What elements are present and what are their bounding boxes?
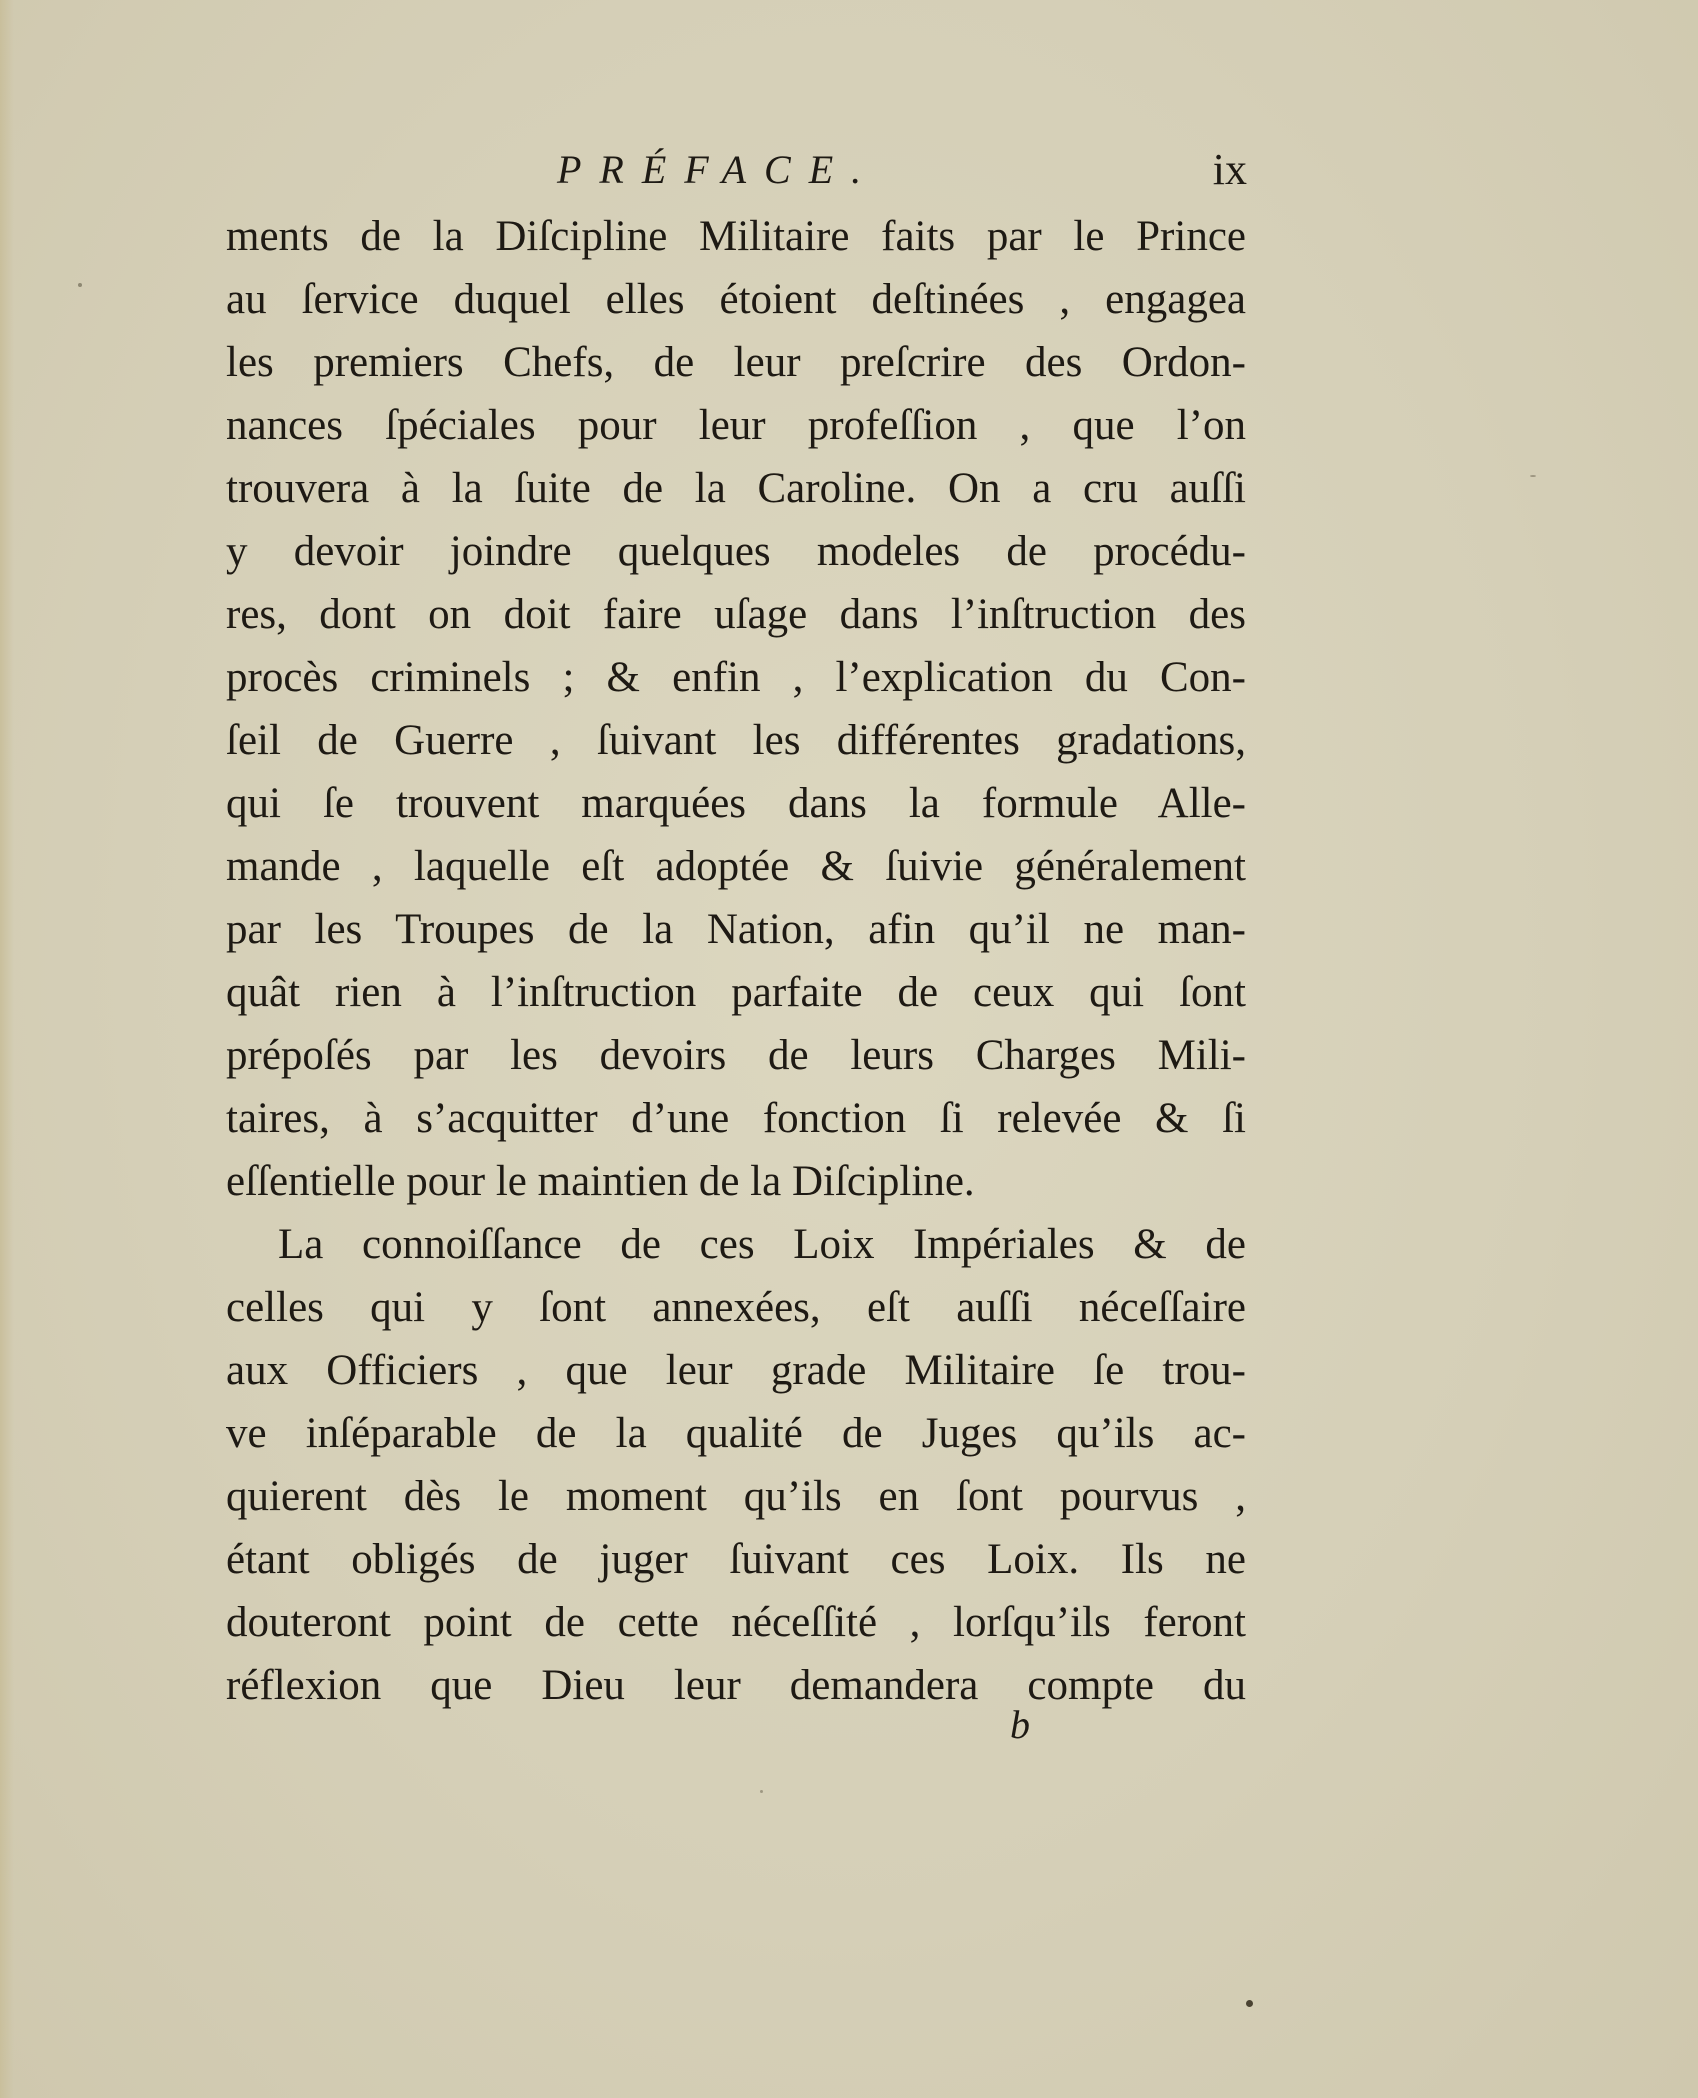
text-line: trouvera à la ſuite de la Caroline. On a…	[226, 457, 1246, 520]
text-line: quierent dès le moment qu’ils en ſont po…	[226, 1465, 1246, 1528]
text-line: ments de la Diſcipline Militaire faits p…	[226, 205, 1246, 268]
text-line: prépoſés par les devoirs de leurs Charge…	[226, 1024, 1246, 1087]
text-line: étant obligés de juger ſuivant ces Loix.…	[226, 1528, 1246, 1591]
text-line: procès criminels ; & enfin , l’explicati…	[226, 646, 1246, 709]
text-line: par les Troupes de la Nation, afin qu’il…	[226, 898, 1246, 961]
paper-speck	[760, 1790, 763, 1793]
text-line: mande , laquelle eſt adoptée & ſuivie gé…	[226, 835, 1246, 898]
text-line: ſeil de Guerre , ſuivant les différentes…	[226, 709, 1246, 772]
text-line: celles qui y ſont annexées, eſt auſſi né…	[226, 1276, 1246, 1339]
text-line: taires, à s’acquitter d’une fonction ſi …	[226, 1087, 1246, 1150]
text-line: quât rien à l’inſtruction parfaite de ce…	[226, 961, 1246, 1024]
running-title: PRÉFACE.	[557, 140, 879, 200]
text-line: aux Officiers , que leur grade Militaire…	[226, 1339, 1246, 1402]
body-text: ments de la Diſcipline Militaire faits p…	[226, 205, 1246, 1717]
paper-speck	[1530, 475, 1536, 477]
paper-speck	[78, 283, 82, 287]
running-head: PRÉFACE. ix	[227, 140, 1247, 200]
page-number: ix	[1213, 140, 1247, 200]
text-line: ve inſéparable de la qualité de Juges qu…	[226, 1402, 1246, 1465]
text-line: au ſervice duquel elles étoient deſtinée…	[226, 268, 1246, 331]
signature-mark: b	[1010, 1700, 1030, 1750]
text-line: réflexion que Dieu leur demandera compte…	[226, 1654, 1246, 1717]
text-line: res, dont on doit faire uſage dans l’inſ…	[226, 583, 1246, 646]
text-line: nances ſpéciales pour leur profeſſion , …	[226, 394, 1246, 457]
text-line: La connoiſſance de ces Loix Impériales &…	[226, 1213, 1246, 1276]
text-line: eſſentielle pour le maintien de la Diſci…	[226, 1150, 1246, 1213]
paper-speck	[1246, 2000, 1253, 2007]
text-line: les premiers Chefs, de leur preſcrire de…	[226, 331, 1246, 394]
text-line: qui ſe trouvent marquées dans la formule…	[226, 772, 1246, 835]
page-gutter-edge	[0, 0, 14, 2098]
text-line: y devoir joindre quelques modeles de pro…	[226, 520, 1246, 583]
text-line: douteront point de cette néceſſité , lor…	[226, 1591, 1246, 1654]
